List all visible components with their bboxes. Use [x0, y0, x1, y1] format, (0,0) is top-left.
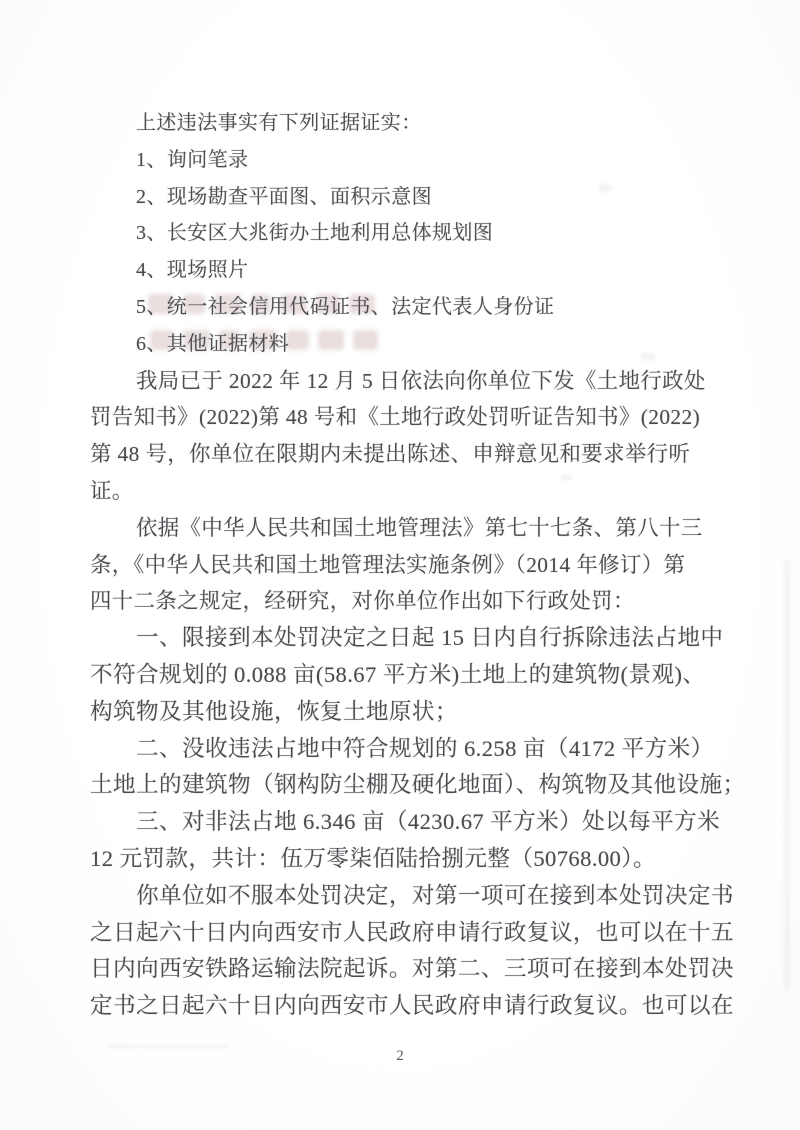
text-line-appeal-rights: 日内向西安铁路运输法院起诉。对第二、三项可在接到本处罚决 [90, 951, 720, 988]
page-number: 2 [0, 1048, 800, 1065]
text-line-legal-basis: 依据《中华人民共和国土地管理法》第七十七条、第八十三 [90, 510, 720, 547]
text-line-penalty-item-1: 构筑物及其他设施，恢复土地原状； [90, 694, 720, 731]
text-line-appeal-rights: 定书之日起六十日内向西安市人民政府申请行政复议。也可以在 [90, 988, 720, 1025]
text-line-penalty-item-1: 不符合规划的 0.088 亩(58.67 平方米)土地上的建筑物(景观)、 [90, 657, 720, 694]
text-line-appeal-rights: 之日起六十日内向西安市人民政府申请行政复议，也可以在十五 [90, 915, 720, 952]
scan-streak [784, 560, 790, 990]
text-line-penalty-item-1: 一、限接到本处罚决定之日起 15 日内自行拆除违法占地中 [90, 620, 720, 657]
text-line-evidence-list: 上述违法事实有下列证据证实： [90, 105, 720, 142]
text-line-evidence-list: 5、统一社会信用代码证书、法定代表人身份证 [90, 289, 720, 326]
text-line-penalty-item-3: 三、对非法占地 6.346 亩（4230.67 平方米）处以每平方米 [90, 804, 720, 841]
text-line-penalty-item-2: 土地上的建筑物（钢构防尘棚及硬化地面）、构筑物及其他设施； [90, 767, 720, 804]
text-line-appeal-rights: 你单位如不服本处罚决定，对第一项可在接到本处罚决定书 [90, 878, 720, 915]
text-line-evidence-list: 3、长安区大兆街办土地利用总体规划图 [90, 215, 720, 252]
text-line-penalty-item-3: 12 元罚款，共计：伍万零柒佰陆拾捌元整（50768.00）。 [90, 841, 720, 878]
text-line-prior-notification: 证。 [90, 473, 720, 510]
text-line-penalty-item-2: 二、没收违法占地中符合规划的 6.258 亩（4172 平方米） [90, 731, 720, 768]
text-line-legal-basis: 四十二条之规定，经研究，对你单位作出如下行政处罚： [90, 583, 720, 620]
text-line-evidence-list: 1、询问笔录 [90, 142, 720, 179]
text-line-evidence-list: 6、其他证据材料 [90, 326, 720, 363]
document-body: 上述违法事实有下列证据证实：1、询问笔录2、现场勘查平面图、面积示意图3、长安区… [90, 105, 720, 1025]
text-line-evidence-list: 4、现场照片 [90, 252, 720, 289]
text-line-legal-basis: 条，《中华人民共和国土地管理法实施条例》（2014 年修订）第 [90, 547, 720, 584]
text-line-prior-notification: 第 48 号，你单位在限期内未提出陈述、申辩意见和要求举行听 [90, 436, 720, 473]
document-page: 上述违法事实有下列证据证实：1、询问笔录2、现场勘查平面图、面积示意图3、长安区… [0, 0, 800, 1130]
text-line-prior-notification: 罚告知书》(2022)第 48 号和《土地行政处罚听证告知书》(2022) [90, 399, 720, 436]
text-line-evidence-list: 2、现场勘查平面图、面积示意图 [90, 179, 720, 216]
text-line-prior-notification: 我局已于 2022 年 12 月 5 日依法向你单位下发《土地行政处 [90, 363, 720, 400]
